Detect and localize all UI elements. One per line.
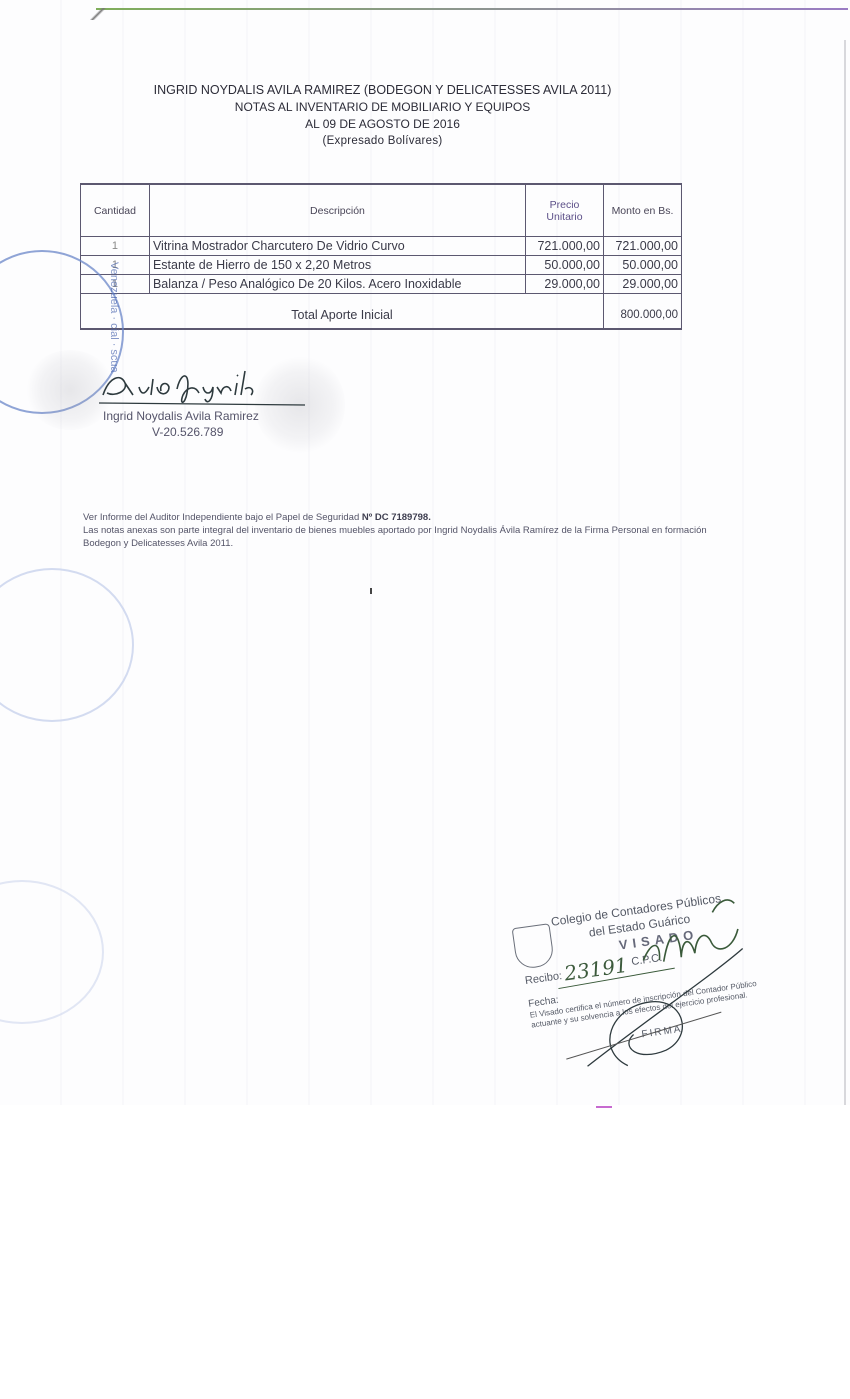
footnotes: Ver Informe del Auditor Independiente ba…	[83, 511, 823, 550]
cell-descripcion: Vitrina Mostrador Charcutero De Vidrio C…	[149, 237, 525, 256]
integral-note: Las notas anexas son parte integral del …	[83, 524, 823, 537]
currency-note: (Expresado Bolívares)	[120, 133, 645, 150]
cell-monto: 50.000,00	[604, 256, 682, 275]
column-header-cantidad: Cantidad	[81, 184, 150, 237]
signer-name: Ingrid Noydalis Avila Ramirez	[103, 409, 283, 423]
visado-stamp: Colegio de Contadores Públicos del Estad…	[502, 855, 792, 1090]
table-row: 1 Estante de Hierro de 150 x 2,20 Metros…	[81, 256, 682, 275]
column-header-descripcion: Descripción	[149, 184, 525, 237]
signer-id: V-20.526.789	[152, 425, 272, 439]
table-row: 1 Vitrina Mostrador Charcutero De Vidrio…	[81, 237, 682, 256]
cell-precio-unitario: 50.000,00	[526, 256, 604, 275]
column-header-monto: Monto en Bs.	[604, 184, 682, 237]
page-top-edge	[96, 8, 848, 10]
cell-cantidad: 1	[81, 237, 150, 256]
cell-descripcion: Balanza / Peso Analógico De 20 Kilos. Ac…	[149, 275, 525, 294]
visado-handwriting	[502, 855, 792, 1090]
document-header: INGRID NOYDALIS AVILA RAMIREZ (BODEGON Y…	[120, 82, 645, 150]
table-header-row: Cantidad Descripción Precio Unitario Mon…	[81, 184, 682, 237]
column-header-precio-line2: Unitario	[546, 211, 582, 223]
total-value: 800.000,00	[604, 294, 682, 330]
security-paper-number: Nº DC 7189798.	[362, 512, 431, 523]
integral-note-continued: Bodegon y Delicatesses Avila 2011.	[83, 537, 823, 550]
cell-precio-unitario: 29.000,00	[526, 275, 604, 294]
table-row: 1 Balanza / Peso Analógico De 20 Kilos. …	[81, 275, 682, 294]
auditor-note: Ver Informe del Auditor Independiente ba…	[83, 511, 823, 524]
inventory-table: Cantidad Descripción Precio Unitario Mon…	[80, 183, 682, 330]
stray-mark	[370, 588, 372, 594]
cell-monto: 29.000,00	[604, 275, 682, 294]
handwritten-signature	[95, 365, 310, 410]
total-row: Total Aporte Inicial 800.000,00	[81, 294, 682, 330]
total-label: Total Aporte Inicial	[81, 294, 604, 330]
pink-mark	[596, 1106, 612, 1108]
cell-descripcion: Estante de Hierro de 150 x 2,20 Metros	[149, 256, 525, 275]
column-header-precio-line1: Precio	[550, 199, 580, 211]
column-header-precio-unitario: Precio Unitario	[526, 184, 604, 237]
folded-corner	[90, 8, 106, 20]
cell-monto: 721.000,00	[604, 237, 682, 256]
cell-precio-unitario: 721.000,00	[526, 237, 604, 256]
document-title: NOTAS AL INVENTARIO DE MOBILIARIO Y EQUI…	[120, 99, 645, 116]
page-right-edge	[844, 40, 846, 1105]
company-title: INGRID NOYDALIS AVILA RAMIREZ (BODEGON Y…	[120, 82, 645, 99]
document-date: AL 09 DE AGOSTO DE 2016	[120, 116, 645, 133]
